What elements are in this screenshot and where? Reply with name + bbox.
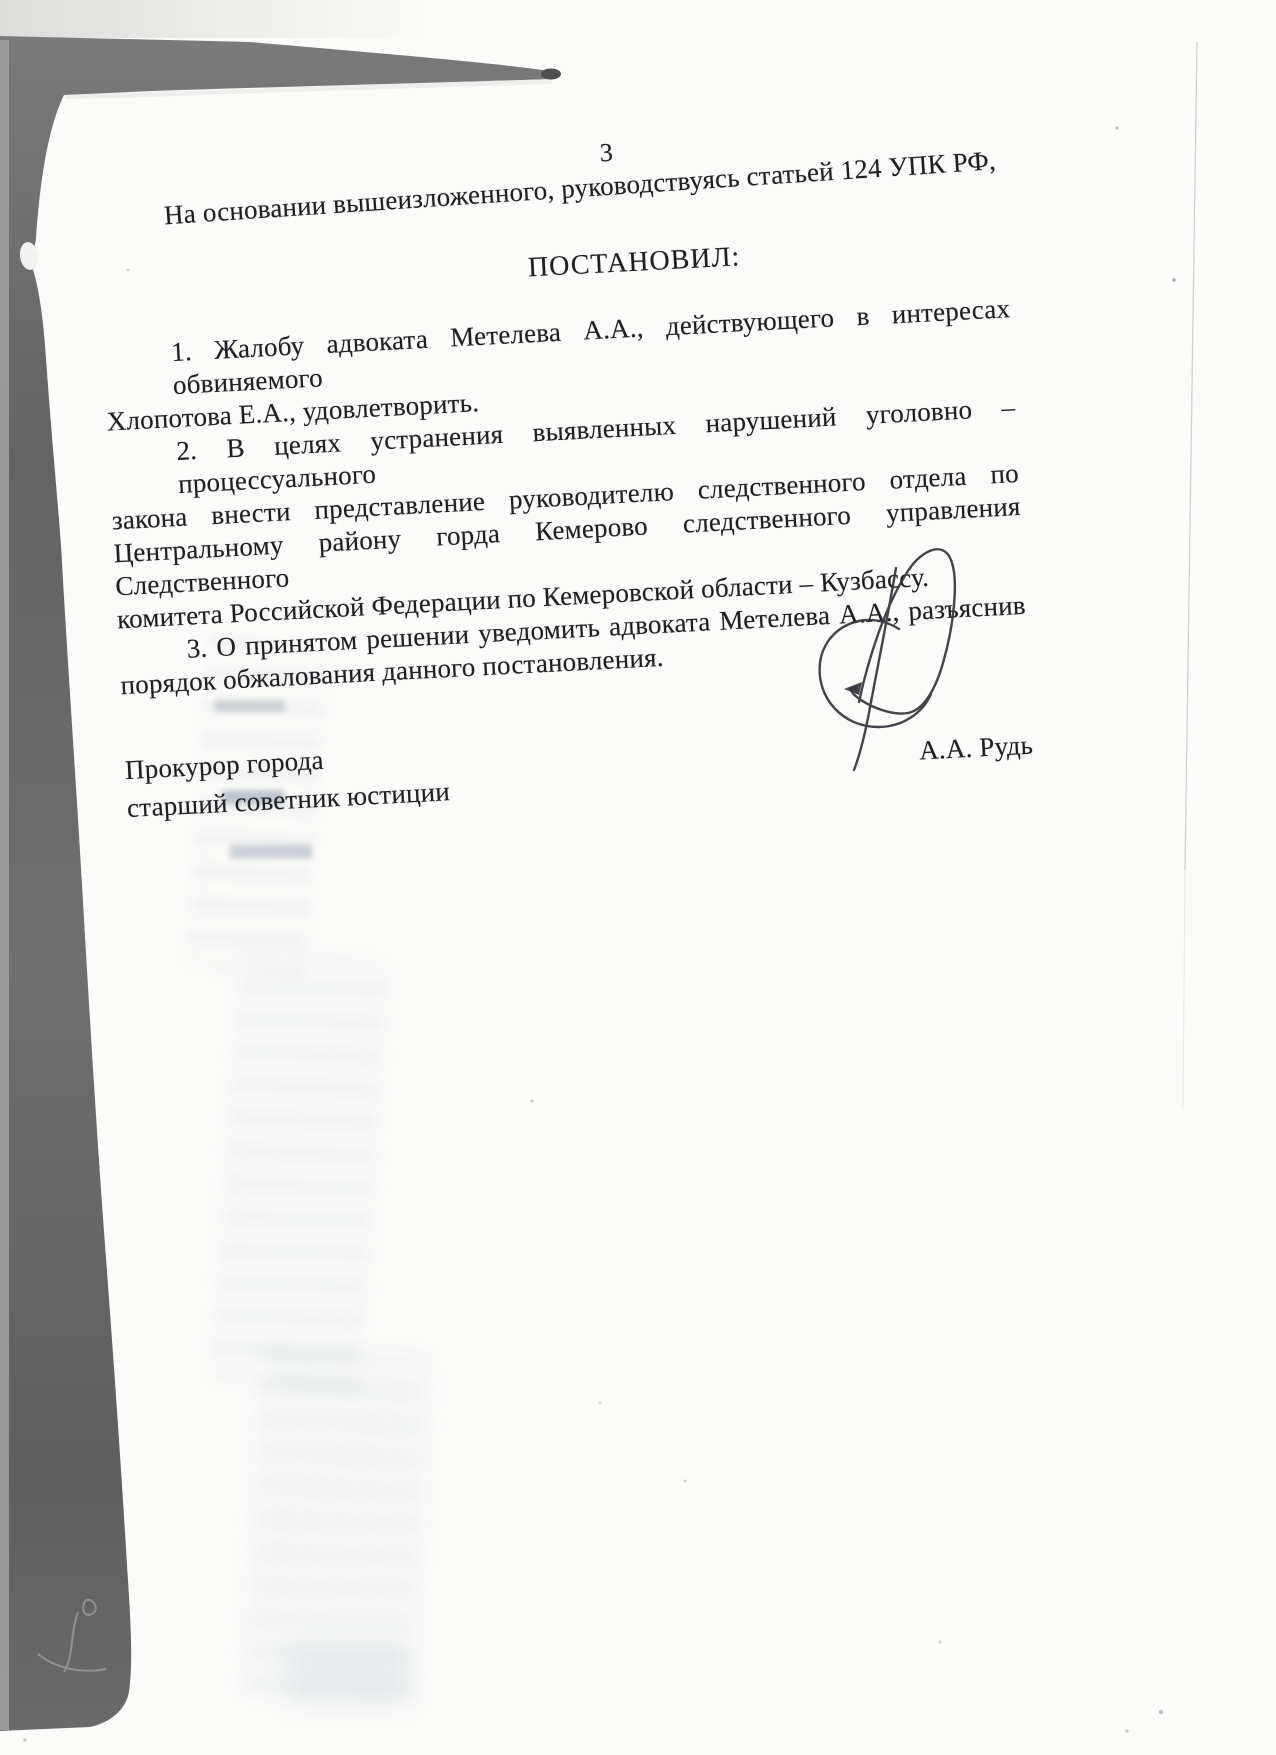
signature-stem bbox=[854, 568, 896, 770]
resolution-heading: ПОСТАНОВИЛ: bbox=[180, 223, 1088, 302]
paper-edge-line bbox=[1183, 42, 1197, 1110]
signer-position: Прокурор города старший советник юстиции bbox=[124, 737, 450, 825]
scanner-edge-strip bbox=[0, 40, 9, 1730]
top-left-gray-wash bbox=[0, 0, 430, 38]
wedge-tip-blob bbox=[541, 69, 561, 80]
signature-loop bbox=[851, 549, 955, 713]
handwritten-signature bbox=[810, 535, 980, 785]
scanned-document-page: { "doc": { "page_number": "3", "intro_li… bbox=[0, 0, 1276, 1755]
